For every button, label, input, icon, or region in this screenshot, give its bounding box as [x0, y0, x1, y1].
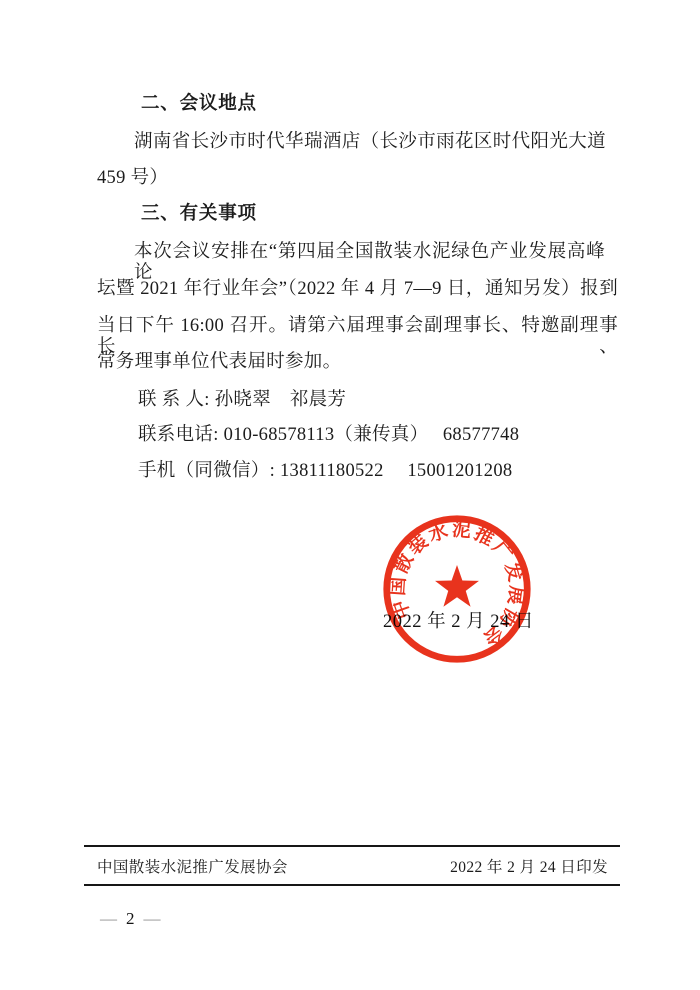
venue-line-2: 459 号） [97, 168, 168, 189]
page-number-dash-left: — [100, 909, 117, 929]
seal-star-icon [435, 565, 479, 607]
contact-person-line: 联 系 人: 孙晓翠 祁晨芳 [138, 390, 346, 411]
contact-phone-line: 联系电话: 010-68578113（兼传真） 68577748 [138, 425, 519, 446]
venue-line-1: 湖南省长沙市时代华瑞酒店（长沙市雨花区时代阳光大道 [134, 132, 606, 153]
footer-print-date: 2022 年 2 月 24 日印发 [450, 855, 608, 877]
matters-paragraph-line-1: 本次会议安排在“第四届全国散装水泥绿色产业发展高峰论 [134, 242, 605, 284]
page-number-dash-right: — [144, 909, 161, 929]
page-number-value: 2 [126, 909, 135, 929]
document-page: 二、会议地点 湖南省长沙市时代华瑞酒店（长沙市雨花区时代阳光大道 459 号） … [0, 0, 700, 990]
official-seal: 中国散装水泥推广发展协会 [380, 512, 534, 666]
contact-mobile-line: 手机（同微信）: 13811180522 15001201208 [138, 461, 512, 482]
page-number: — 2 — [100, 909, 161, 929]
footer-colophon: 中国散装水泥推广发展协会 2022 年 2 月 24 日印发 [84, 845, 620, 886]
section-heading-venue: 二、会议地点 [141, 92, 257, 113]
matters-paragraph-line-2: 坛暨 2021 年行业年会”（2022 年 4 月 7—9 日，通知另发）报到 [97, 279, 618, 300]
section-heading-matters: 三、有关事项 [141, 202, 257, 223]
footer-issuer: 中国散装水泥推广发展协会 [97, 855, 288, 877]
matters-paragraph-line-4: 常务理事单位代表届时参加。 [97, 352, 341, 373]
